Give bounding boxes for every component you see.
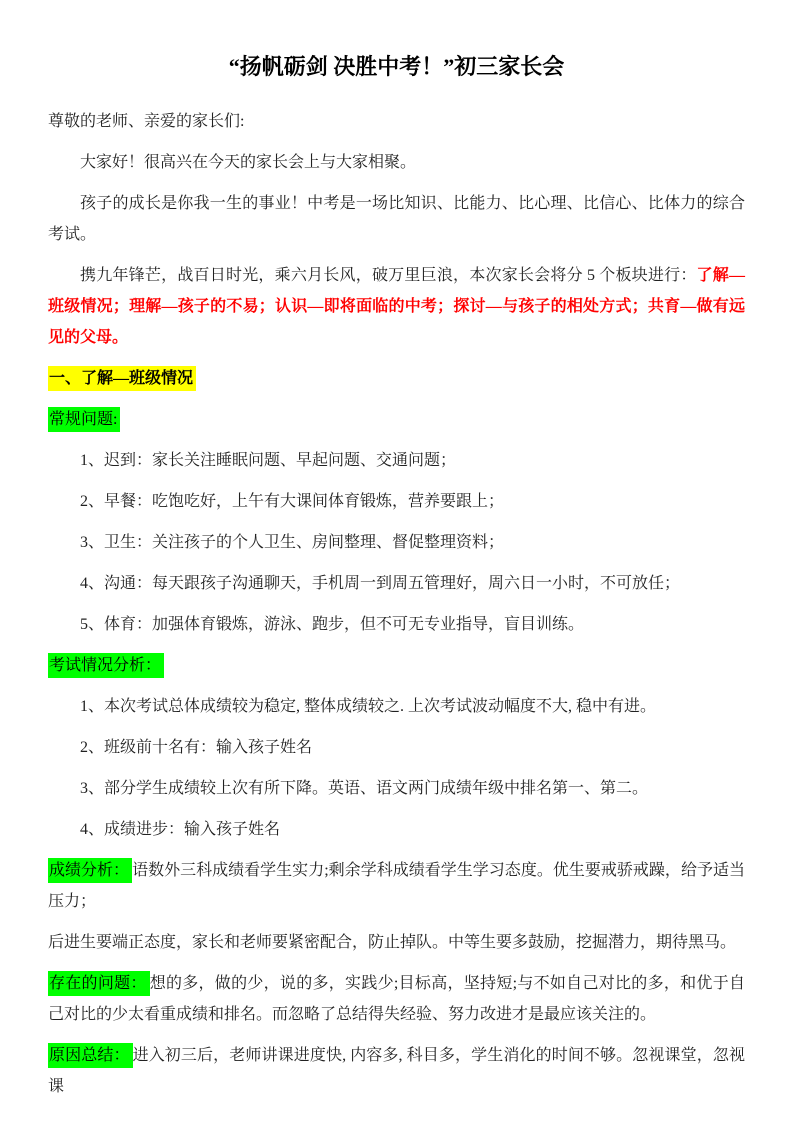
- agenda-paragraph: 携九年锋芒，战百日时光，乘六月长风，破万里巨浪，本次家长会将分 5 个板块进行：…: [48, 260, 745, 353]
- exam-analysis-item-text: 2、班级前十名有：输入孩子姓名: [80, 739, 312, 756]
- exam-analysis-label: 考试情况分析：: [48, 653, 164, 678]
- routine-item: 3、卫生：关注孩子的个人卫生、房间整理、督促整理资料；: [48, 527, 745, 558]
- document-page: “扬帆砺剑 决胜中考！”初三家长会 尊敬的老师、亲爱的家长们: 大家好！很高兴在…: [0, 0, 793, 1122]
- exam-analysis-item: 1、本次考试总体成绩较为稳定, 整体成绩较之. 上次考试波动幅度不大, 稳中有进…: [48, 691, 745, 722]
- reasons-paragraph: 原因总结：进入初三后，老师讲课进度快, 内容多, 科目多，学生消化的时间不够。忽…: [48, 1040, 745, 1102]
- routine-item-text: 4、沟通：每天跟孩子沟通聊天，手机周一到周五管理好，周六日一小时，不可放任；: [80, 575, 680, 592]
- greeting-text: 大家好！很高兴在今天的家长会上与大家相聚。: [80, 154, 416, 171]
- routine-item-text: 3、卫生：关注孩子的个人卫生、房间整理、督促整理资料；: [80, 534, 504, 551]
- exam-analysis-item-text: 3、部分学生成绩较上次有所下降。英语、语文两门成绩年级中排名第一、第二。: [80, 780, 648, 797]
- problems-text: 想的多，做的少，说的多，实践少;目标高，坚持短;与不如自己对比的多，和优于自己对…: [48, 975, 745, 1023]
- routine-item: 5、体育：加强体育锻炼，游泳、跑步，但不可无专业指导，盲目训练。: [48, 609, 745, 640]
- routine-item: 4、沟通：每天跟孩子沟通聊天，手机周一到周五管理好，周六日一小时，不可放任；: [48, 568, 745, 599]
- routine-item-text: 5、体育：加强体育锻炼，游泳、跑步，但不可无专业指导，盲目训练。: [80, 616, 584, 633]
- exam-analysis-item: 2、班级前十名有：输入孩子姓名: [48, 732, 745, 763]
- routine-item-text: 2、早餐：吃饱吃好，上午有大课间体育锻炼，营养要跟上；: [80, 493, 504, 510]
- routine-item-text: 1、迟到：家长关注睡眠问题、早起问题、交通问题；: [80, 452, 456, 469]
- score-analysis-paragraph: 成绩分析：语数外三科成绩看学生实力;剩余学科成绩看学生学习态度。优生要戒骄戒躁，…: [48, 855, 745, 917]
- exam-analysis-item-text: 4、成绩进步：输入孩子姓名: [80, 821, 280, 838]
- salutation-text: 尊敬的老师、亲爱的家长们:: [48, 113, 244, 130]
- document-title: “扬帆砺剑 决胜中考！”初三家长会: [48, 52, 745, 82]
- exam-analysis-label-paragraph: 考试情况分析：: [48, 650, 745, 681]
- section1-heading-paragraph: 一、了解—班级情况: [48, 363, 745, 394]
- intro-paragraph: 孩子的成长是你我一生的事业！中考是一场比知识、比能力、比心理、比信心、比体力的综…: [48, 188, 745, 250]
- reasons-label: 原因总结：: [48, 1043, 133, 1068]
- problems-label: 存在的问题：: [48, 971, 150, 996]
- score-analysis-text: 语数外三科成绩看学生实力;剩余学科成绩看学生学习态度。优生要戒骄戒躁，给予适当压…: [48, 862, 745, 910]
- greeting-paragraph: 大家好！很高兴在今天的家长会上与大家相聚。: [48, 147, 745, 178]
- score-analysis-continued-paragraph: 后进生要端正态度，家长和老师要紧密配合，防止掉队。中等生要多鼓励，挖掘潜力，期待…: [48, 927, 745, 958]
- problems-paragraph: 存在的问题：想的多，做的少，说的多，实践少;目标高，坚持短;与不如自己对比的多，…: [48, 968, 745, 1030]
- routine-label: 常规问题:: [48, 407, 120, 432]
- score-analysis-label: 成绩分析：: [48, 858, 132, 883]
- exam-analysis-item: 4、成绩进步：输入孩子姓名: [48, 814, 745, 845]
- routine-item: 1、迟到：家长关注睡眠问题、早起问题、交通问题；: [48, 445, 745, 476]
- document-body: 尊敬的老师、亲爱的家长们: 大家好！很高兴在今天的家长会上与大家相聚。 孩子的成…: [48, 106, 745, 1102]
- agenda-lead-text: 携九年锋芒，战百日时光，乘六月长风，破万里巨浪，本次家长会将分 5 个板块进行：: [80, 267, 697, 284]
- reasons-text: 进入初三后，老师讲课进度快, 内容多, 科目多，学生消化的时间不够。忽视课堂，忽…: [48, 1047, 745, 1095]
- exam-analysis-item-text: 1、本次考试总体成绩较为稳定, 整体成绩较之. 上次考试波动幅度不大, 稳中有进…: [80, 698, 656, 715]
- routine-label-paragraph: 常规问题:: [48, 404, 745, 435]
- exam-analysis-item: 3、部分学生成绩较上次有所下降。英语、语文两门成绩年级中排名第一、第二。: [48, 773, 745, 804]
- score-analysis-continued-text: 后进生要端正态度，家长和老师要紧密配合，防止掉队。中等生要多鼓励，挖掘潜力，期待…: [48, 934, 736, 951]
- salutation-line: 尊敬的老师、亲爱的家长们:: [48, 106, 745, 137]
- section1-heading: 一、了解—班级情况: [48, 366, 196, 391]
- intro-text: 孩子的成长是你我一生的事业！中考是一场比知识、比能力、比心理、比信心、比体力的综…: [48, 195, 745, 243]
- routine-item: 2、早餐：吃饱吃好，上午有大课间体育锻炼，营养要跟上；: [48, 486, 745, 517]
